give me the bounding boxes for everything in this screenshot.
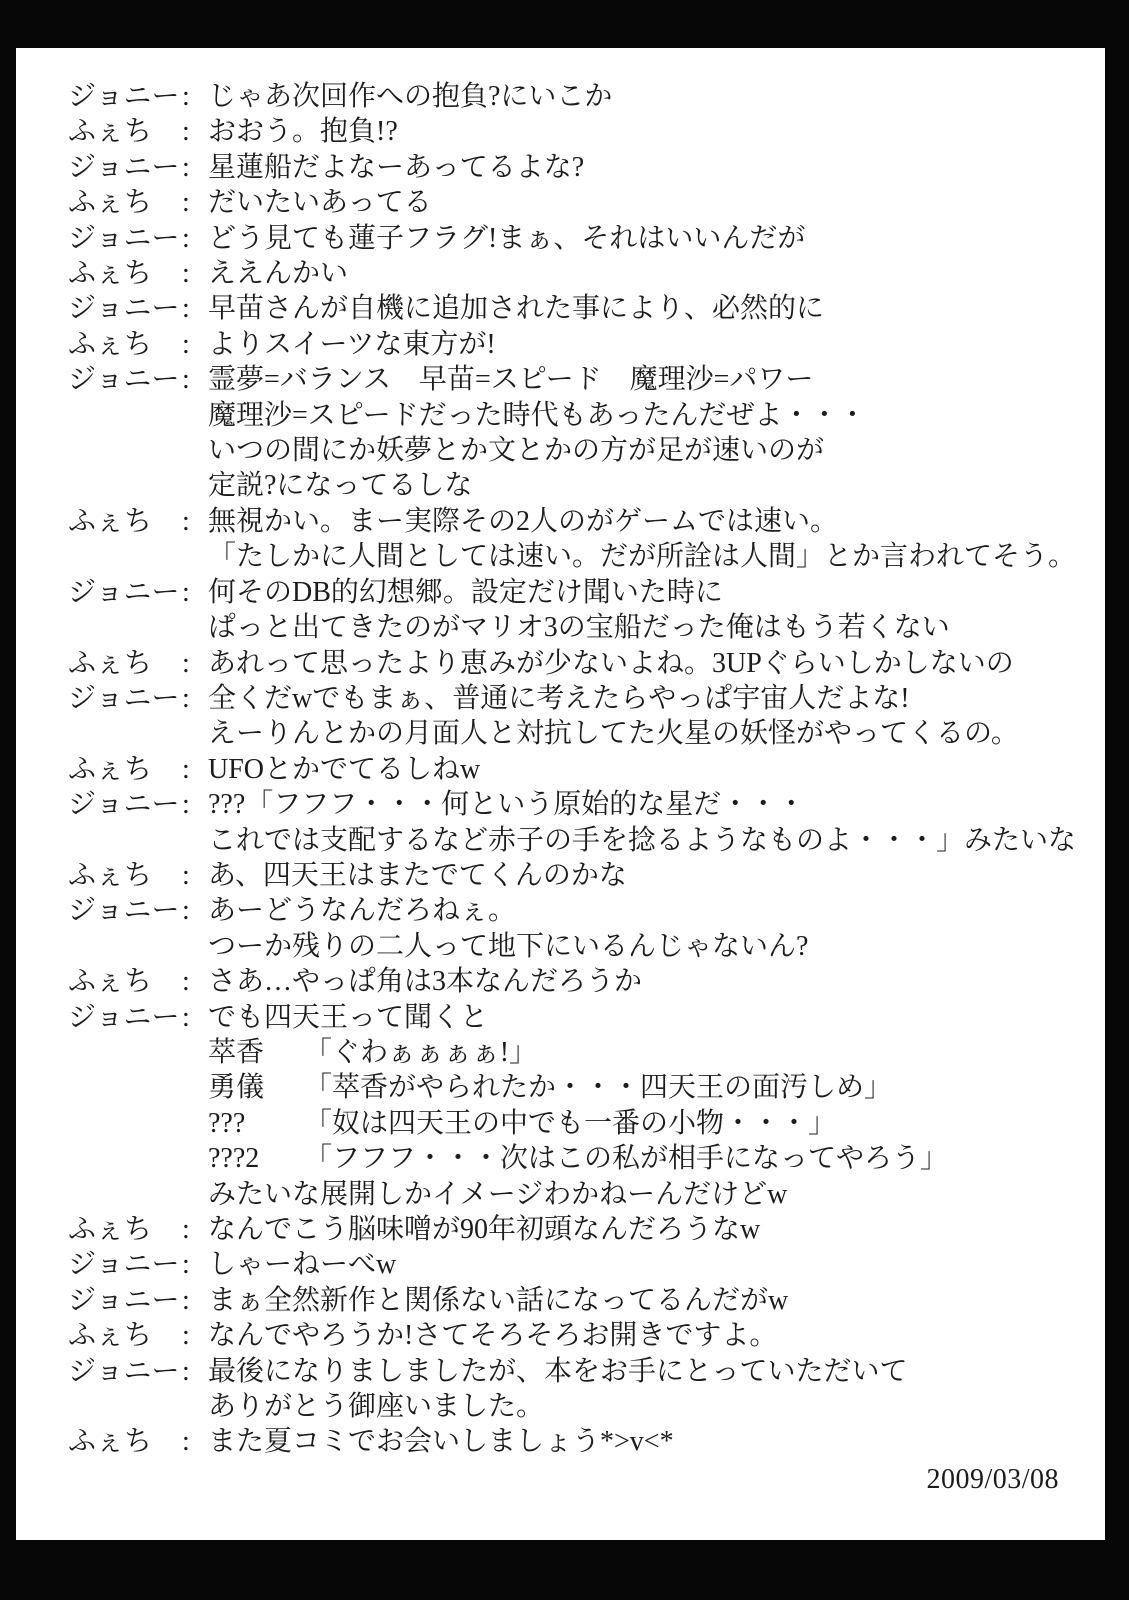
dialogue-text: どう見ても蓮子フラグ!まぁ、それはいいんだが xyxy=(208,221,1087,256)
dialogue-line: ふぇち:だいたいあってる xyxy=(68,185,1087,220)
continuation-text: いつの間にか妖夢とか文とかの方が足が速いのが xyxy=(208,433,1087,468)
continuation-line: いつの間にか妖夢とか文とかの方が足が速いのが xyxy=(68,433,1087,468)
quote-character-name: ??? xyxy=(208,1106,304,1141)
quote-text: 「フフフ・・・次はこの私が相手になってやろう」 xyxy=(304,1143,948,1174)
speaker-colon: : xyxy=(182,1247,208,1282)
continuation-line: 魔理沙=スピードだった時代もあったんだぜよ・・・ xyxy=(68,398,1087,433)
speaker-name: ジョニー xyxy=(68,362,182,397)
speaker-colon: : xyxy=(182,1283,208,1318)
speaker-name: ふぇち xyxy=(68,114,182,149)
speaker-name: ジョニー xyxy=(68,1247,182,1282)
dialogue-line: ふぇち:おおう。抱負!? xyxy=(68,114,1087,149)
speaker-name: ジョニー xyxy=(68,787,182,822)
dialogue-line: ふぇち:また夏コミでお会いしましょう*>v<* xyxy=(68,1424,1087,1459)
continuation-text: ぱっと出てきたのがマリオ3の宝船だった俺はもう若くない xyxy=(208,610,1087,645)
dialogue-text: また夏コミでお会いしましょう*>v<* xyxy=(208,1424,1087,1459)
quote-character-name: 勇儀 xyxy=(208,1070,304,1105)
dialogue-text: さあ…やっぱ角は3本なんだろうか xyxy=(208,964,1087,999)
continuation-text: えーりんとかの月面人と対抗してた火星の妖怪がやってくるの。 xyxy=(208,716,1087,751)
dialogue-line: ジョニー:じゃあ次回作への抱負?にいこか xyxy=(68,79,1087,114)
dialogue-text: じゃあ次回作への抱負?にいこか xyxy=(208,79,1087,114)
dialogue-line: ジョニー:全くだwでもまぁ、普通に考えたらやっぱ宇宙人だよな! xyxy=(68,681,1087,716)
speaker-name: ジョニー xyxy=(68,893,182,928)
dialogue-line: ジョニー:星蓮船だよなーあってるよな? xyxy=(68,150,1087,185)
continuation-text: ありがとう御座いました。 xyxy=(208,1389,1087,1424)
character-quote: 萃香「ぐわぁぁぁぁ!」 xyxy=(208,1035,1087,1070)
dialogue-list: ジョニー:じゃあ次回作への抱負?にいこかふぇち:おおう。抱負!?ジョニー:星蓮船… xyxy=(68,79,1087,1460)
quote-character-name: ???2 xyxy=(208,1141,304,1176)
character-quote-line: 勇儀「萃香がやられたか・・・四天王の面汚しめ」 xyxy=(68,1070,1087,1105)
speaker-name: ふぇち xyxy=(68,1212,182,1247)
dialogue-line: ジョニー:どう見ても蓮子フラグ!まぁ、それはいいんだが xyxy=(68,221,1087,256)
character-quote: 勇儀「萃香がやられたか・・・四天王の面汚しめ」 xyxy=(208,1070,1087,1105)
character-quote: ???2「フフフ・・・次はこの私が相手になってやろう」 xyxy=(208,1141,1087,1176)
speaker-name: ふぇち xyxy=(68,752,182,787)
speaker-name: ふぇち xyxy=(68,1318,182,1353)
speaker-colon: : xyxy=(182,1318,208,1353)
dialogue-line: ジョニー:???「フフフ・・・何という原始的な星だ・・・ xyxy=(68,787,1087,822)
dialogue-line: ふぇち:あ、四天王はまたでてくんのかな xyxy=(68,858,1087,893)
speaker-name: ジョニー xyxy=(68,291,182,326)
quote-text: 「奴は四天王の中でも一番の小物・・・」 xyxy=(304,1108,836,1139)
quote-text: 「萃香がやられたか・・・四天王の面汚しめ」 xyxy=(304,1072,892,1103)
speaker-colon: : xyxy=(182,1212,208,1247)
speaker-name: ふぇち xyxy=(68,858,182,893)
speaker-colon: : xyxy=(182,79,208,114)
dialogue-line: ふぇち:なんでやろうか!さてそろそろお開きですよ。 xyxy=(68,1318,1087,1353)
continuation-text: 魔理沙=スピードだった時代もあったんだぜよ・・・ xyxy=(208,398,1087,433)
dialogue-text: 何そのDB的幻想郷。設定だけ聞いた時に xyxy=(208,575,1087,610)
speaker-colon: : xyxy=(182,504,208,539)
continuation-line: えーりんとかの月面人と対抗してた火星の妖怪がやってくるの。 xyxy=(68,716,1087,751)
dialogue-line: ジョニー:しゃーねーべw xyxy=(68,1247,1087,1282)
continuation-line: 定説?になってるしな xyxy=(68,468,1087,503)
dialogue-line: ふぇち:さあ…やっぱ角は3本なんだろうか xyxy=(68,964,1087,999)
speaker-colon: : xyxy=(182,150,208,185)
speaker-name: ふぇち xyxy=(68,327,182,362)
speaker-colon: : xyxy=(182,362,208,397)
dialogue-text: ???「フフフ・・・何という原始的な星だ・・・ xyxy=(208,787,1087,822)
speaker-name: ふぇち xyxy=(68,646,182,681)
speaker-name: ジョニー xyxy=(68,79,182,114)
dialogue-text: あ、四天王はまたでてくんのかな xyxy=(208,858,1087,893)
speaker-name: ジョニー xyxy=(68,1000,182,1035)
dialogue-line: ふぇち:なんでこう脳味噌が90年初頭なんだろうなw xyxy=(68,1212,1087,1247)
dialogue-line: ジョニー:最後になりましましたが、本をお手にとっていただいて xyxy=(68,1354,1087,1389)
dialogue-line: ジョニー:霊夢=バランス 早苗=スピード 魔理沙=パワー xyxy=(68,362,1087,397)
dialogue-text: おおう。抱負!? xyxy=(208,114,1087,149)
continuation-text: これでは支配するなど赤子の手を捻るようなものよ・・・」みたいな xyxy=(208,823,1087,858)
scanned-page: ジョニー:じゃあ次回作への抱負?にいこかふぇち:おおう。抱負!?ジョニー:星蓮船… xyxy=(16,48,1105,1540)
speaker-colon: : xyxy=(182,646,208,681)
speaker-name: ふぇち xyxy=(68,256,182,291)
dialogue-text: UFOとかでてるしねw xyxy=(208,752,1087,787)
speaker-colon: : xyxy=(182,114,208,149)
dialogue-line: ジョニー:早苗さんが自機に追加された事により、必然的に xyxy=(68,291,1087,326)
continuation-line: 「たしかに人間としては速い。だが所詮は人間」とか言われてそう。 xyxy=(68,539,1087,574)
speaker-name: ジョニー xyxy=(68,150,182,185)
dialogue-line: ふぇち:あれって思ったより恵みが少ないよね。3UPぐらいしかしないの xyxy=(68,646,1087,681)
speaker-name: ジョニー xyxy=(68,575,182,610)
speaker-name: ふぇち xyxy=(68,185,182,220)
speaker-colon: : xyxy=(182,256,208,291)
speaker-colon: : xyxy=(182,575,208,610)
dialogue-line: ふぇち:ええんかい xyxy=(68,256,1087,291)
dialogue-text: ええんかい xyxy=(208,256,1087,291)
speaker-name: ジョニー xyxy=(68,1283,182,1318)
speaker-colon: : xyxy=(182,291,208,326)
quote-character-name: 萃香 xyxy=(208,1035,304,1070)
speaker-colon: : xyxy=(182,327,208,362)
quote-text: 「ぐわぁぁぁぁ!」 xyxy=(304,1037,537,1068)
speaker-colon: : xyxy=(182,1424,208,1459)
dialogue-text: あれって思ったより恵みが少ないよね。3UPぐらいしかしないの xyxy=(208,646,1087,681)
character-quote-line: ???「奴は四天王の中でも一番の小物・・・」 xyxy=(68,1106,1087,1141)
character-quote-line: ???2「フフフ・・・次はこの私が相手になってやろう」 xyxy=(68,1141,1087,1176)
speaker-name: ふぇち xyxy=(68,964,182,999)
dialogue-text: 星蓮船だよなーあってるよな? xyxy=(208,150,1087,185)
speaker-colon: : xyxy=(182,221,208,256)
speaker-colon: : xyxy=(182,1000,208,1035)
speaker-colon: : xyxy=(182,185,208,220)
continuation-line: ぱっと出てきたのがマリオ3の宝船だった俺はもう若くない xyxy=(68,610,1087,645)
dialogue-line: ジョニー:何そのDB的幻想郷。設定だけ聞いた時に xyxy=(68,575,1087,610)
speaker-name: ふぇち xyxy=(68,504,182,539)
dialogue-line: ジョニー:まぁ全然新作と関係ない話になってるんだがw xyxy=(68,1283,1087,1318)
speaker-colon: : xyxy=(182,858,208,893)
dialogue-text: 無視かい。まー実際その2人のがゲームでは速い。 xyxy=(208,504,1087,539)
dialogue-text: なんでこう脳味噌が90年初頭なんだろうなw xyxy=(208,1212,1087,1247)
dialogue-text: あーどうなんだろねぇ。 xyxy=(208,893,1087,928)
continuation-text: 「たしかに人間としては速い。だが所詮は人間」とか言われてそう。 xyxy=(208,539,1087,574)
dialogue-text: よりスイーツな東方が! xyxy=(208,327,1087,362)
continuation-line: これでは支配するなど赤子の手を捻るようなものよ・・・」みたいな xyxy=(68,823,1087,858)
dialogue-line: ふぇち:よりスイーツな東方が! xyxy=(68,327,1087,362)
dialogue-line: ふぇち:UFOとかでてるしねw xyxy=(68,752,1087,787)
character-quote: ???「奴は四天王の中でも一番の小物・・・」 xyxy=(208,1106,1087,1141)
dialogue-line: ジョニー:でも四天王って聞くと xyxy=(68,1000,1087,1035)
dialogue-text: 霊夢=バランス 早苗=スピード 魔理沙=パワー xyxy=(208,362,1087,397)
dialogue-text: しゃーねーべw xyxy=(208,1247,1087,1282)
speaker-colon: : xyxy=(182,752,208,787)
continuation-line: つーか残りの二人って地下にいるんじゃないん? xyxy=(68,929,1087,964)
date-stamp: 2009/03/08 xyxy=(926,1462,1059,1497)
speaker-colon: : xyxy=(182,964,208,999)
dialogue-text: なんでやろうか!さてそろそろお開きですよ。 xyxy=(208,1318,1087,1353)
dialogue-line: ジョニー:あーどうなんだろねぇ。 xyxy=(68,893,1087,928)
speaker-name: ジョニー xyxy=(68,1354,182,1389)
speaker-colon: : xyxy=(182,681,208,716)
dialogue-text: まぁ全然新作と関係ない話になってるんだがw xyxy=(208,1283,1087,1318)
speaker-name: ジョニー xyxy=(68,221,182,256)
continuation-line: ありがとう御座いました。 xyxy=(68,1389,1087,1424)
speaker-colon: : xyxy=(182,893,208,928)
continuation-text: 定説?になってるしな xyxy=(208,468,1087,503)
continuation-text: つーか残りの二人って地下にいるんじゃないん? xyxy=(208,929,1087,964)
dialogue-text: 早苗さんが自機に追加された事により、必然的に xyxy=(208,291,1087,326)
dialogue-text: 最後になりましましたが、本をお手にとっていただいて xyxy=(208,1354,1087,1389)
speaker-name: ジョニー xyxy=(68,681,182,716)
speaker-colon: : xyxy=(182,1354,208,1389)
dialogue-text: だいたいあってる xyxy=(208,185,1087,220)
dialogue-line: ふぇち:無視かい。まー実際その2人のがゲームでは速い。 xyxy=(68,504,1087,539)
dialogue-text: でも四天王って聞くと xyxy=(208,1000,1087,1035)
speaker-colon: : xyxy=(182,787,208,822)
continuation-text: みたいな展開しかイメージわかねーんだけどw xyxy=(208,1177,1087,1212)
continuation-line: みたいな展開しかイメージわかねーんだけどw xyxy=(68,1177,1087,1212)
character-quote-line: 萃香「ぐわぁぁぁぁ!」 xyxy=(68,1035,1087,1070)
dialogue-text: 全くだwでもまぁ、普通に考えたらやっぱ宇宙人だよな! xyxy=(208,681,1087,716)
speaker-name: ふぇち xyxy=(68,1424,182,1459)
